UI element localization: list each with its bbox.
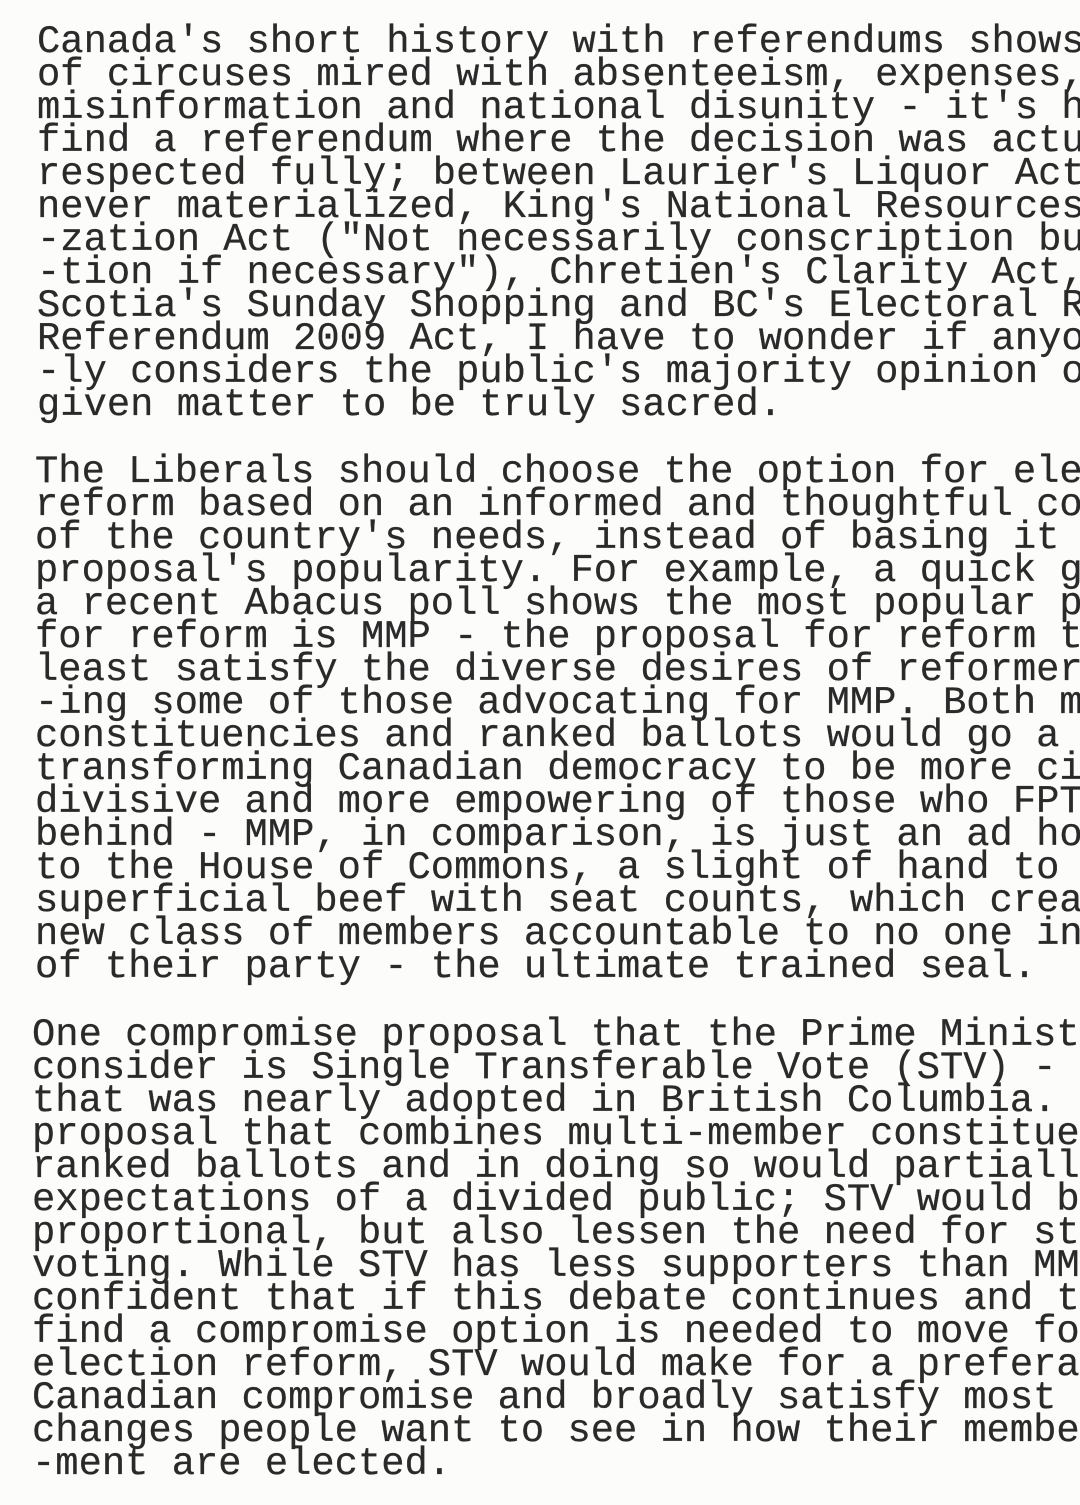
text-line: of their party - the ultimate trained se… [35, 951, 1080, 984]
typewritten-page: Canada's short history with referendums … [0, 0, 1080, 1505]
paragraph-stv-compromise: One compromise proposal that the Prime M… [32, 1019, 1080, 1481]
paragraph-referendum-history: Canada's short history with referendums … [37, 26, 1080, 422]
paragraph-liberals-reform-choice: The Liberals should choose the option fo… [35, 456, 1080, 984]
